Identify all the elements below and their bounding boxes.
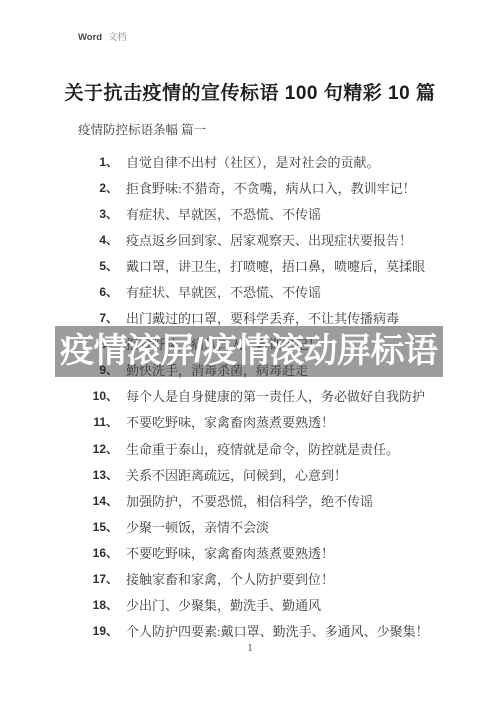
- list-item-text: 出门戴过的口罩，要科学丢弃，不让其传播病毒: [118, 308, 399, 327]
- page-title: 关于抗击疫情的宣传标语 100 句精彩 10 篇: [0, 78, 500, 105]
- list-item: 10、每个人是自身健康的第一责任人，务必做好自我防护: [0, 383, 500, 409]
- list-item-number: 4、: [0, 231, 118, 248]
- list-item-number: 19、: [0, 622, 118, 639]
- list-item-number: 15、: [0, 518, 118, 535]
- list-item-text: 不要吃野味，家禽畜肉蒸煮要熟透！: [118, 543, 334, 562]
- list-item-text: 拒食野味:不猎奇，不贪嘴，病从口入，教训牢记！: [118, 178, 416, 197]
- list-item-number: 13、: [0, 466, 118, 483]
- list-item: 2、拒食野味:不猎奇，不贪嘴，病从口入，教训牢记！: [0, 174, 500, 200]
- page-number: 1: [0, 643, 500, 654]
- list-item-number: 16、: [0, 544, 118, 561]
- brand-doc-label: 文档: [108, 32, 127, 43]
- list-item-number: 5、: [0, 257, 118, 274]
- list-item-number: 3、: [0, 205, 118, 222]
- section-subtitle: 疫情防控标语条幅 篇一: [78, 120, 206, 138]
- list-item: 13、关系不因距离疏远，问候到，心意到！: [0, 461, 500, 487]
- list-item: 15、少聚一顿饭，亲情不会淡: [0, 513, 500, 539]
- brand-logo: Word 文档: [78, 32, 127, 44]
- list-item-number: 1、: [0, 153, 118, 170]
- list-item: 6、有症状、早就医，不恐慌、不传谣: [0, 278, 500, 304]
- list-item-number: 10、: [0, 387, 118, 404]
- list-item: 5、戴口罩，讲卫生，打喷嚏，捂口鼻，喷嚏后，莫揉眼: [0, 252, 500, 278]
- brand-word-label: Word: [78, 32, 102, 43]
- list-item: 12、生命重于泰山，疫情就是命令，防控就是责任。: [0, 435, 500, 461]
- list-item-number: 11、: [0, 413, 118, 430]
- list-item-text: 少出门、少聚集，勤洗手、勤通风: [118, 595, 321, 614]
- list-item-text: 疫点返乡回到家、居家观察天、出现症状要报告！: [118, 230, 412, 249]
- list-item-number: 14、: [0, 492, 118, 509]
- list-item-text: 关系不因距离疏远，问候到，心意到！: [118, 465, 347, 484]
- list-item-text: 接触家畜和家禽，个人防护要到位！: [118, 569, 334, 588]
- list-item-text: 不要吃野味，家禽畜肉蒸煮要熟透！: [118, 412, 334, 431]
- list-item-number: 7、: [0, 309, 118, 326]
- watermark-text: 疫情滚屏/疫情滚动屏标语: [60, 326, 445, 377]
- list-item: 18、少出门、少聚集，勤洗手、勤通风: [0, 592, 500, 618]
- list-item-text: 自觉自律不出村（社区），是对社会的贡献。: [118, 152, 380, 171]
- list-item-text: 加强防护，不要恐慌，相信科学，绝不传谣: [118, 491, 373, 510]
- list-item: 17、接触家畜和家禽，个人防护要到位！: [0, 566, 500, 592]
- document-page: Word 文档 关于抗击疫情的宣传标语 100 句精彩 10 篇 疫情防控标语条…: [0, 0, 500, 706]
- list-item-text: 有症状、早就医，不恐慌、不传谣: [118, 204, 321, 223]
- list-item-text: 个人防护四要素:戴口罩、勤洗手、多通风、少聚集！: [118, 621, 429, 640]
- list-item-number: 17、: [0, 570, 118, 587]
- list-item-text: 每个人是自身健康的第一责任人，务必做好自我防护: [118, 386, 425, 405]
- list-item-text: 戴口罩，讲卫生，打喷嚏，捂口鼻，喷嚏后，莫揉眼: [118, 256, 425, 275]
- list-item-text: 有症状、早就医，不恐慌、不传谣: [118, 282, 321, 301]
- list-item-number: 12、: [0, 440, 118, 457]
- list-item-number: 18、: [0, 596, 118, 613]
- list-item: 11、不要吃野味，家禽畜肉蒸煮要熟透！: [0, 409, 500, 435]
- list-item: 19、个人防护四要素:戴口罩、勤洗手、多通风、少聚集！: [0, 618, 500, 644]
- list-item-number: 6、: [0, 283, 118, 300]
- list-item-number: 2、: [0, 179, 118, 196]
- list-item-text: 生命重于泰山，疫情就是命令，防控就是责任。: [118, 439, 399, 458]
- list-item: 14、加强防护，不要恐慌，相信科学，绝不传谣: [0, 487, 500, 513]
- list-item-text: 少聚一顿饭，亲情不会淡: [118, 517, 269, 536]
- list-item: 16、不要吃野味，家禽畜肉蒸煮要熟透！: [0, 539, 500, 565]
- slogan-list: 1、自觉自律不出村（社区），是对社会的贡献。2、拒食野味:不猎奇，不贪嘴，病从口…: [0, 148, 500, 644]
- list-item: 1、自觉自律不出村（社区），是对社会的贡献。: [0, 148, 500, 174]
- list-item: 4、疫点返乡回到家、居家观察天、出现症状要报告！: [0, 226, 500, 252]
- list-item: 3、有症状、早就医，不恐慌、不传谣: [0, 200, 500, 226]
